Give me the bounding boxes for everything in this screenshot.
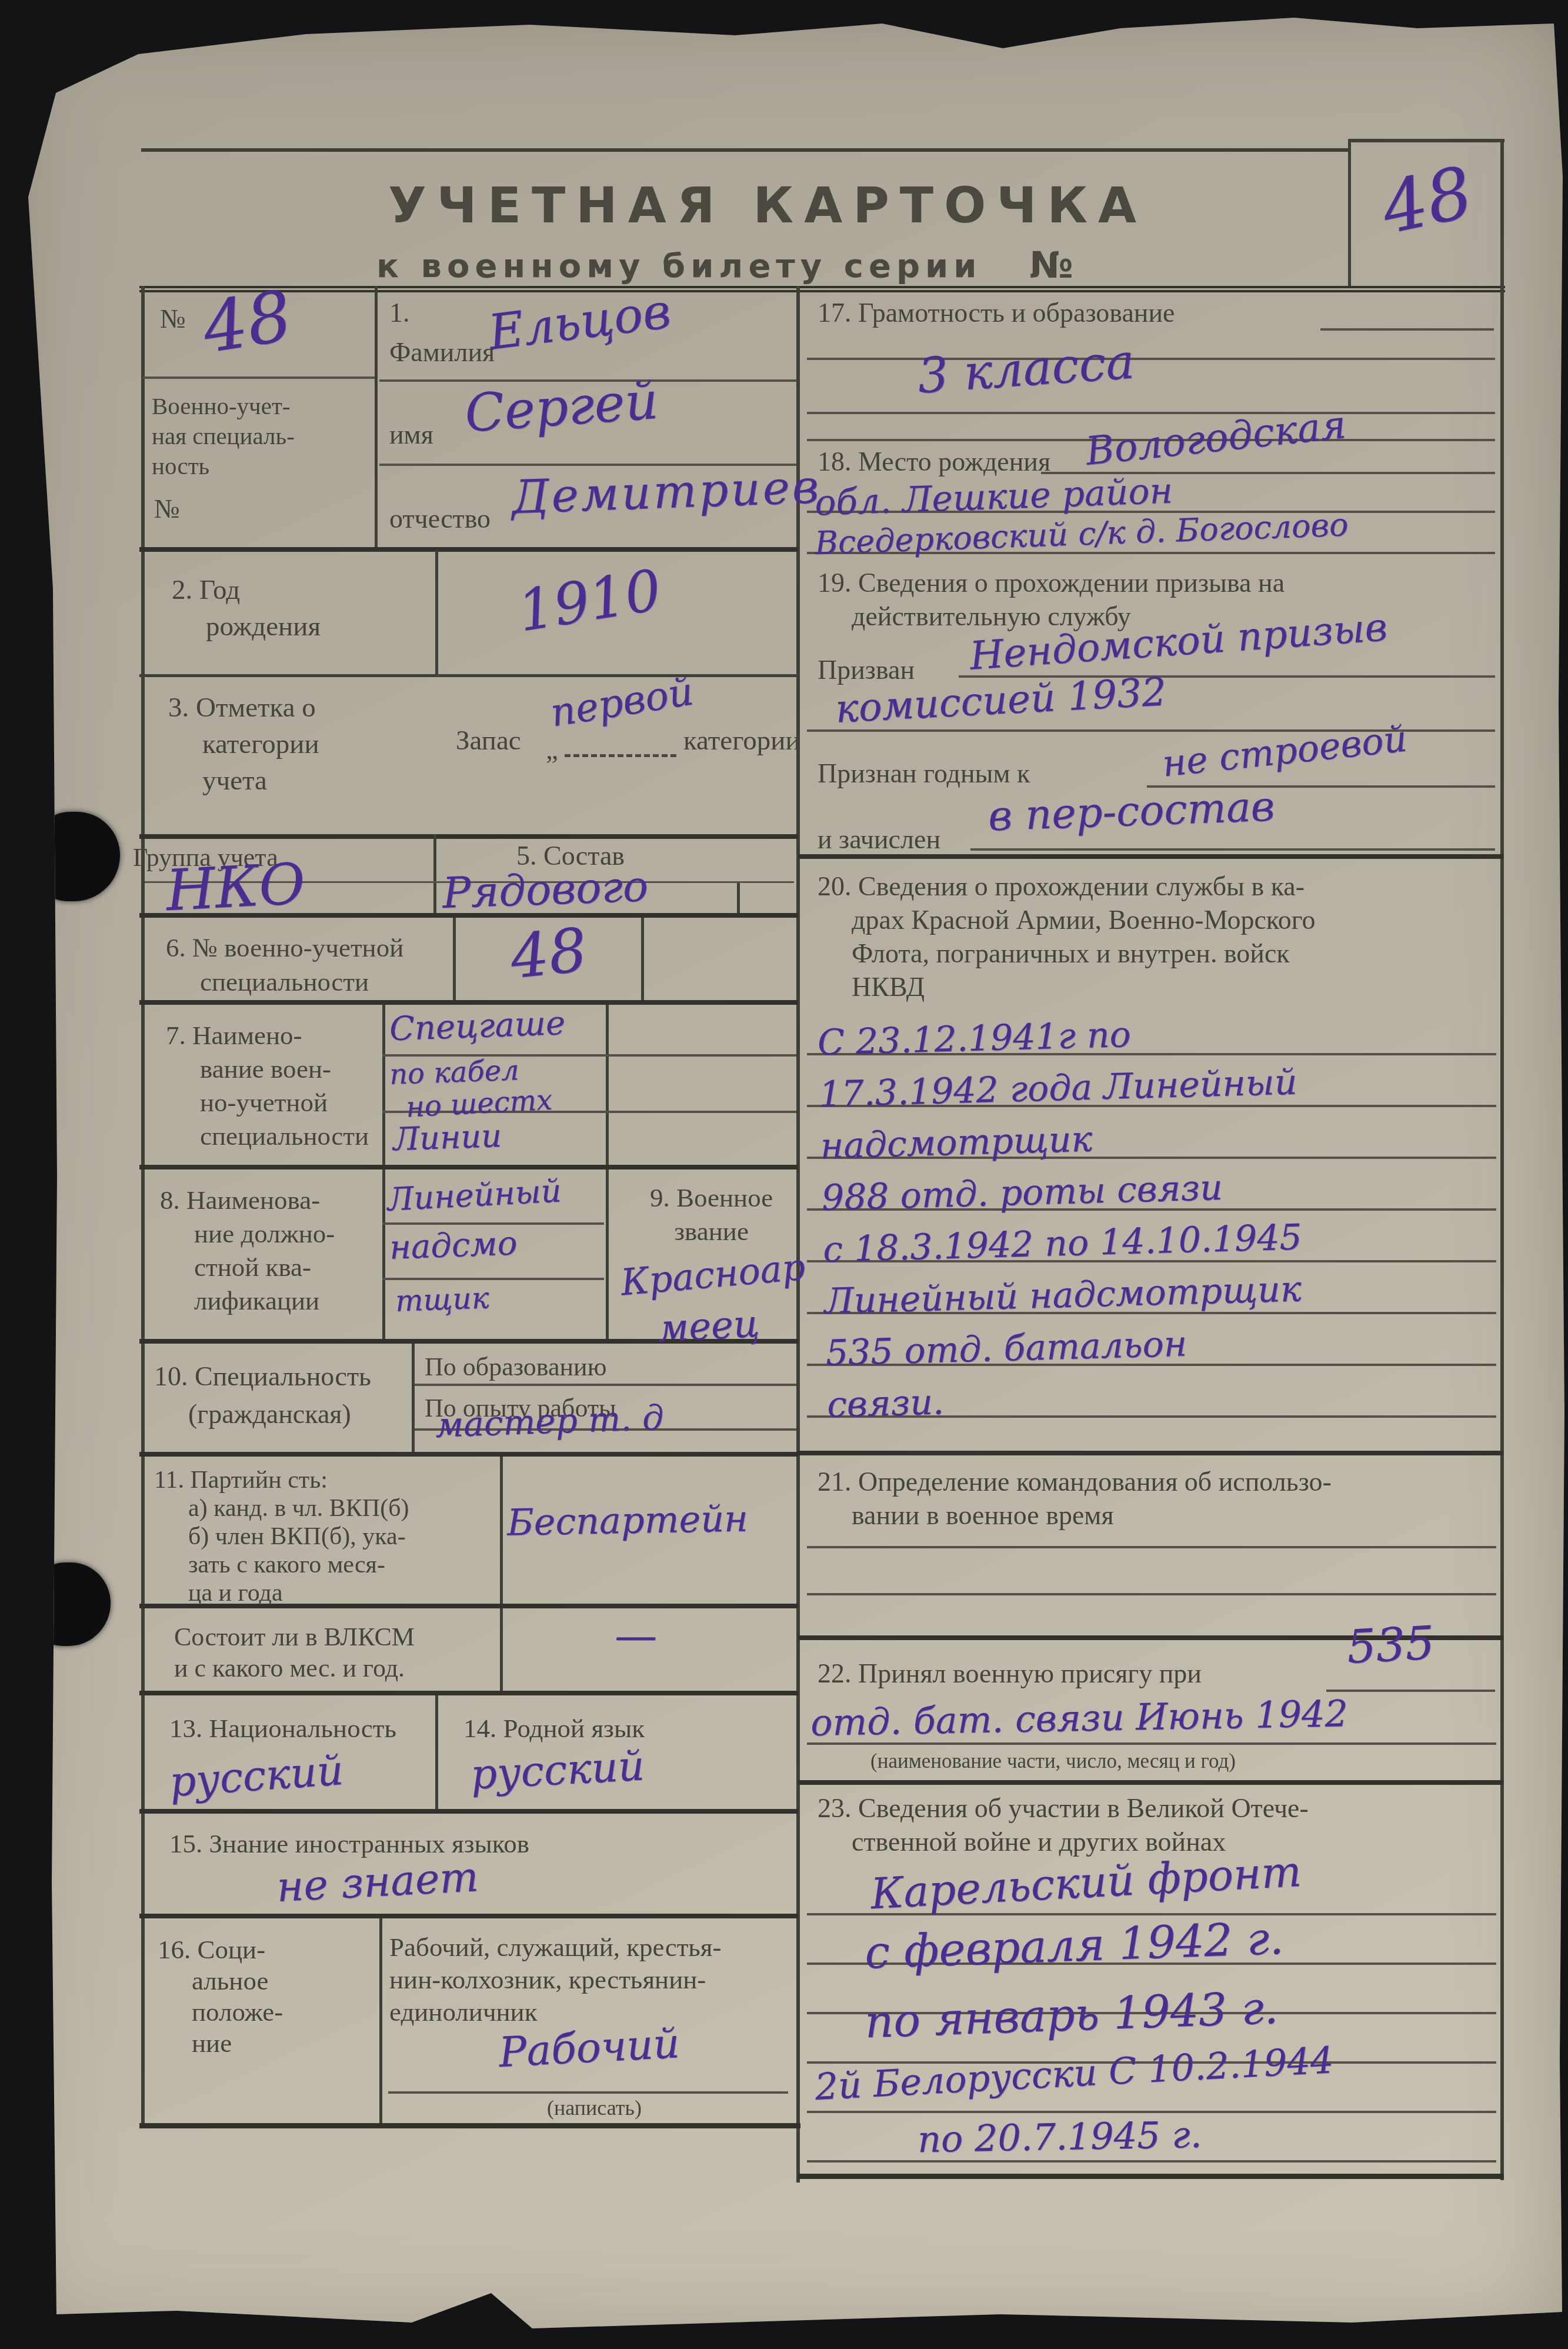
row-sep xyxy=(798,854,1503,859)
field7-value-line1: Спецгаше xyxy=(389,1004,566,1048)
field23-value-line2: с февраля 1942 г. xyxy=(864,1912,1285,1979)
f12-divider xyxy=(500,1608,503,1691)
field23-value-line4: 2й Белорусски С 10.2.1944 xyxy=(814,2038,1335,2108)
field14-value: русский xyxy=(469,1741,646,1798)
field1-im-value: Сергей xyxy=(463,370,660,444)
field13-value: русский xyxy=(168,1746,345,1806)
field8-label: 8. Наименова-ние должно-стной ква-лифика… xyxy=(160,1184,335,1318)
f45-divider xyxy=(433,834,436,913)
f2-divider xyxy=(435,550,438,674)
row-sep xyxy=(139,1165,798,1169)
field1-ot-label: отчество xyxy=(389,503,491,534)
row-sep xyxy=(139,1691,798,1695)
field8-value-line2: надсмо xyxy=(389,1224,518,1267)
sidebar-no-label: № xyxy=(160,303,186,334)
row-sep xyxy=(798,1451,1503,1455)
rule-line xyxy=(143,376,375,379)
field11-label: 11. Партийн сть:а) канд. в чл. ВКП(б)б) … xyxy=(154,1466,409,1607)
field19-godnym-label: Признан годным к xyxy=(818,758,1030,789)
f6-divider xyxy=(453,918,456,1000)
field10-label: 10. Специальность(гражданская) xyxy=(154,1358,371,1433)
field20-label: 20. Сведения о прохождении службы в ка-д… xyxy=(818,869,1316,1004)
field7-label: 7. Наимено-вание воен-но-учетнойспециаль… xyxy=(166,1019,369,1153)
rule-line xyxy=(382,1222,604,1225)
row-sep xyxy=(139,834,798,839)
rule-line xyxy=(807,2111,1496,2113)
card-right-border xyxy=(1500,139,1504,2180)
field8-value-line1: Линейный xyxy=(386,1172,562,1218)
card-title: УЧЕТНАЯ КАРТОЧКА xyxy=(388,176,1117,234)
field2-value: 1910 xyxy=(513,557,666,645)
field10-edu-label: По образованию xyxy=(425,1352,607,1382)
f11-divider xyxy=(500,1457,503,1604)
rule-line xyxy=(807,412,1495,414)
field23-label: 23. Сведения об участии в Великой Отече-… xyxy=(818,1791,1309,1858)
rule-line xyxy=(970,848,1495,851)
field11-value: Беспартейн xyxy=(506,1497,748,1544)
field18-label: 18. Место рождения xyxy=(818,446,1050,477)
row-sep xyxy=(139,1809,798,1814)
field6-value: 48 xyxy=(507,915,590,993)
row-sep xyxy=(139,674,798,677)
field1-fam-label: Фамилия xyxy=(389,336,495,368)
field13-label: 13. Национальность xyxy=(169,1713,396,1744)
title-top-line xyxy=(141,148,1348,152)
f1314-divider xyxy=(435,1695,438,1809)
f16-divider xyxy=(379,1918,382,2123)
rule-line xyxy=(382,1278,604,1280)
field19-godnym-value: не строевой xyxy=(1160,717,1409,785)
f7-divider xyxy=(382,1005,385,1165)
field19-zachislen-label: и зачислен xyxy=(818,824,940,855)
field20-value: С 23.12.1941г по17.3.1942 года Линейныйн… xyxy=(817,1004,1307,1431)
field16-label: 16. Соци-альноеположе-ние xyxy=(158,1934,283,2059)
field1-num: 1. xyxy=(389,297,410,328)
registration-card-paper: УЧЕТНАЯ КАРТОЧКА к военному билету серии… xyxy=(0,0,1568,2349)
field16-caption: (написать) xyxy=(547,2095,642,2120)
rule-line xyxy=(1326,1690,1495,1692)
rule-line xyxy=(807,1593,1496,1595)
field5-value: Рядового xyxy=(442,861,649,918)
field12-value: — xyxy=(615,1611,657,1660)
f6-divider2 xyxy=(641,918,644,1000)
f10-divider xyxy=(412,1344,415,1452)
row-sep xyxy=(798,1780,1503,1785)
field8-value-line3: тщик xyxy=(395,1281,489,1318)
rule-line xyxy=(1320,328,1494,331)
field9-value-line2: меец xyxy=(656,1302,760,1351)
sidebar-vus-label: Военно-учет-ная специаль-ность xyxy=(152,391,295,481)
rule-line xyxy=(807,1546,1496,1548)
card-left-border xyxy=(141,286,145,2128)
row-sep xyxy=(139,1914,798,1918)
field22-label: 22. Принял военную присягу при xyxy=(818,1658,1202,1689)
under-title-line xyxy=(139,286,1505,292)
field21-label: 21. Определение командования об использо… xyxy=(818,1465,1332,1532)
field7-value-line4: Линии xyxy=(392,1117,502,1158)
f45-divider2 xyxy=(737,881,740,913)
field19-prizvan-label: Призван xyxy=(818,654,915,685)
f89-divider xyxy=(606,1169,609,1339)
field22-value-line2: отд. бат. связи Июнь 1942 xyxy=(810,1692,1348,1744)
card-number-handwritten: 48 xyxy=(1374,152,1479,251)
punch-hole-bottom xyxy=(28,1562,111,1646)
field9-label: 9. Военноезвание xyxy=(650,1181,773,1248)
field15-value: не знает xyxy=(275,1852,479,1911)
field16-options: Рабочий, служащий, крестья-нин-колхозник… xyxy=(389,1931,722,2028)
field1-ot-value: Демитриев xyxy=(511,461,822,524)
field4-value: НКО xyxy=(164,851,306,924)
field3-kat-label: категории xyxy=(683,725,800,757)
field12-label: Состоит ли в ВЛКСМи с какого мес. и год. xyxy=(174,1621,415,1684)
rule-line xyxy=(807,2160,1496,2163)
f7-divider2 xyxy=(606,1005,609,1165)
card-subtitle-no-sign: № xyxy=(1029,244,1079,286)
card-subtitle: к военному билету серии xyxy=(376,247,982,285)
row-sep xyxy=(139,1452,798,1457)
field19-zachislen-value: в пер-состав xyxy=(987,782,1276,841)
field3-label: 3. Отметка окатегорииучета xyxy=(168,689,319,799)
sidebar-no2-label: № xyxy=(154,493,180,524)
right-bottom-border xyxy=(798,2174,1504,2179)
field17-label: 17. Грамотность и образование xyxy=(818,297,1175,328)
field1-im-label: имя xyxy=(389,419,433,450)
field22-value-line1: 535 xyxy=(1346,1617,1436,1674)
field3-zapas-label: Запас xyxy=(456,725,521,757)
row-sep xyxy=(139,547,798,552)
sidebar-divider xyxy=(375,286,378,547)
field23-value-line5: по 20.7.1945 г. xyxy=(917,2113,1202,2161)
field2-label: 2. Годрождения xyxy=(172,572,321,645)
field9-value-line1: Красноар xyxy=(619,1245,806,1304)
field6-label: 6. № военно-учетнойспециальности xyxy=(166,931,403,999)
field14-label: 14. Родной язык xyxy=(463,1713,645,1744)
row-sep xyxy=(139,1000,798,1005)
rule-line xyxy=(807,1742,1496,1745)
field16-value: Рабочий xyxy=(498,2019,680,2077)
f8-divider xyxy=(382,1169,385,1339)
punch-hole-top xyxy=(31,812,120,901)
field3-quote: „ xyxy=(546,734,558,766)
card-mid-divider xyxy=(796,286,800,2183)
rule-line xyxy=(388,2091,788,2094)
field1-fam-value: Ельцов xyxy=(485,283,673,361)
field22-caption: (наименование части, число, месяц и год) xyxy=(870,1750,1236,1773)
rule-line xyxy=(807,358,1495,360)
sidebar-no-value: 48 xyxy=(197,275,297,369)
field23-value-line3: по январь 1943 г. xyxy=(864,1981,1279,2048)
no-box-top-line xyxy=(1348,139,1504,142)
rule-line xyxy=(415,1384,796,1386)
left-bottom-border xyxy=(139,2123,800,2128)
no-box-left-line xyxy=(1348,139,1351,287)
field17-value: 3 класса xyxy=(916,334,1136,405)
photo-backdrop: УЧЕТНАЯ КАРТОЧКА к военному билету серии… xyxy=(0,0,1568,2349)
field10-exp-value: мастер т. д xyxy=(435,1397,665,1445)
